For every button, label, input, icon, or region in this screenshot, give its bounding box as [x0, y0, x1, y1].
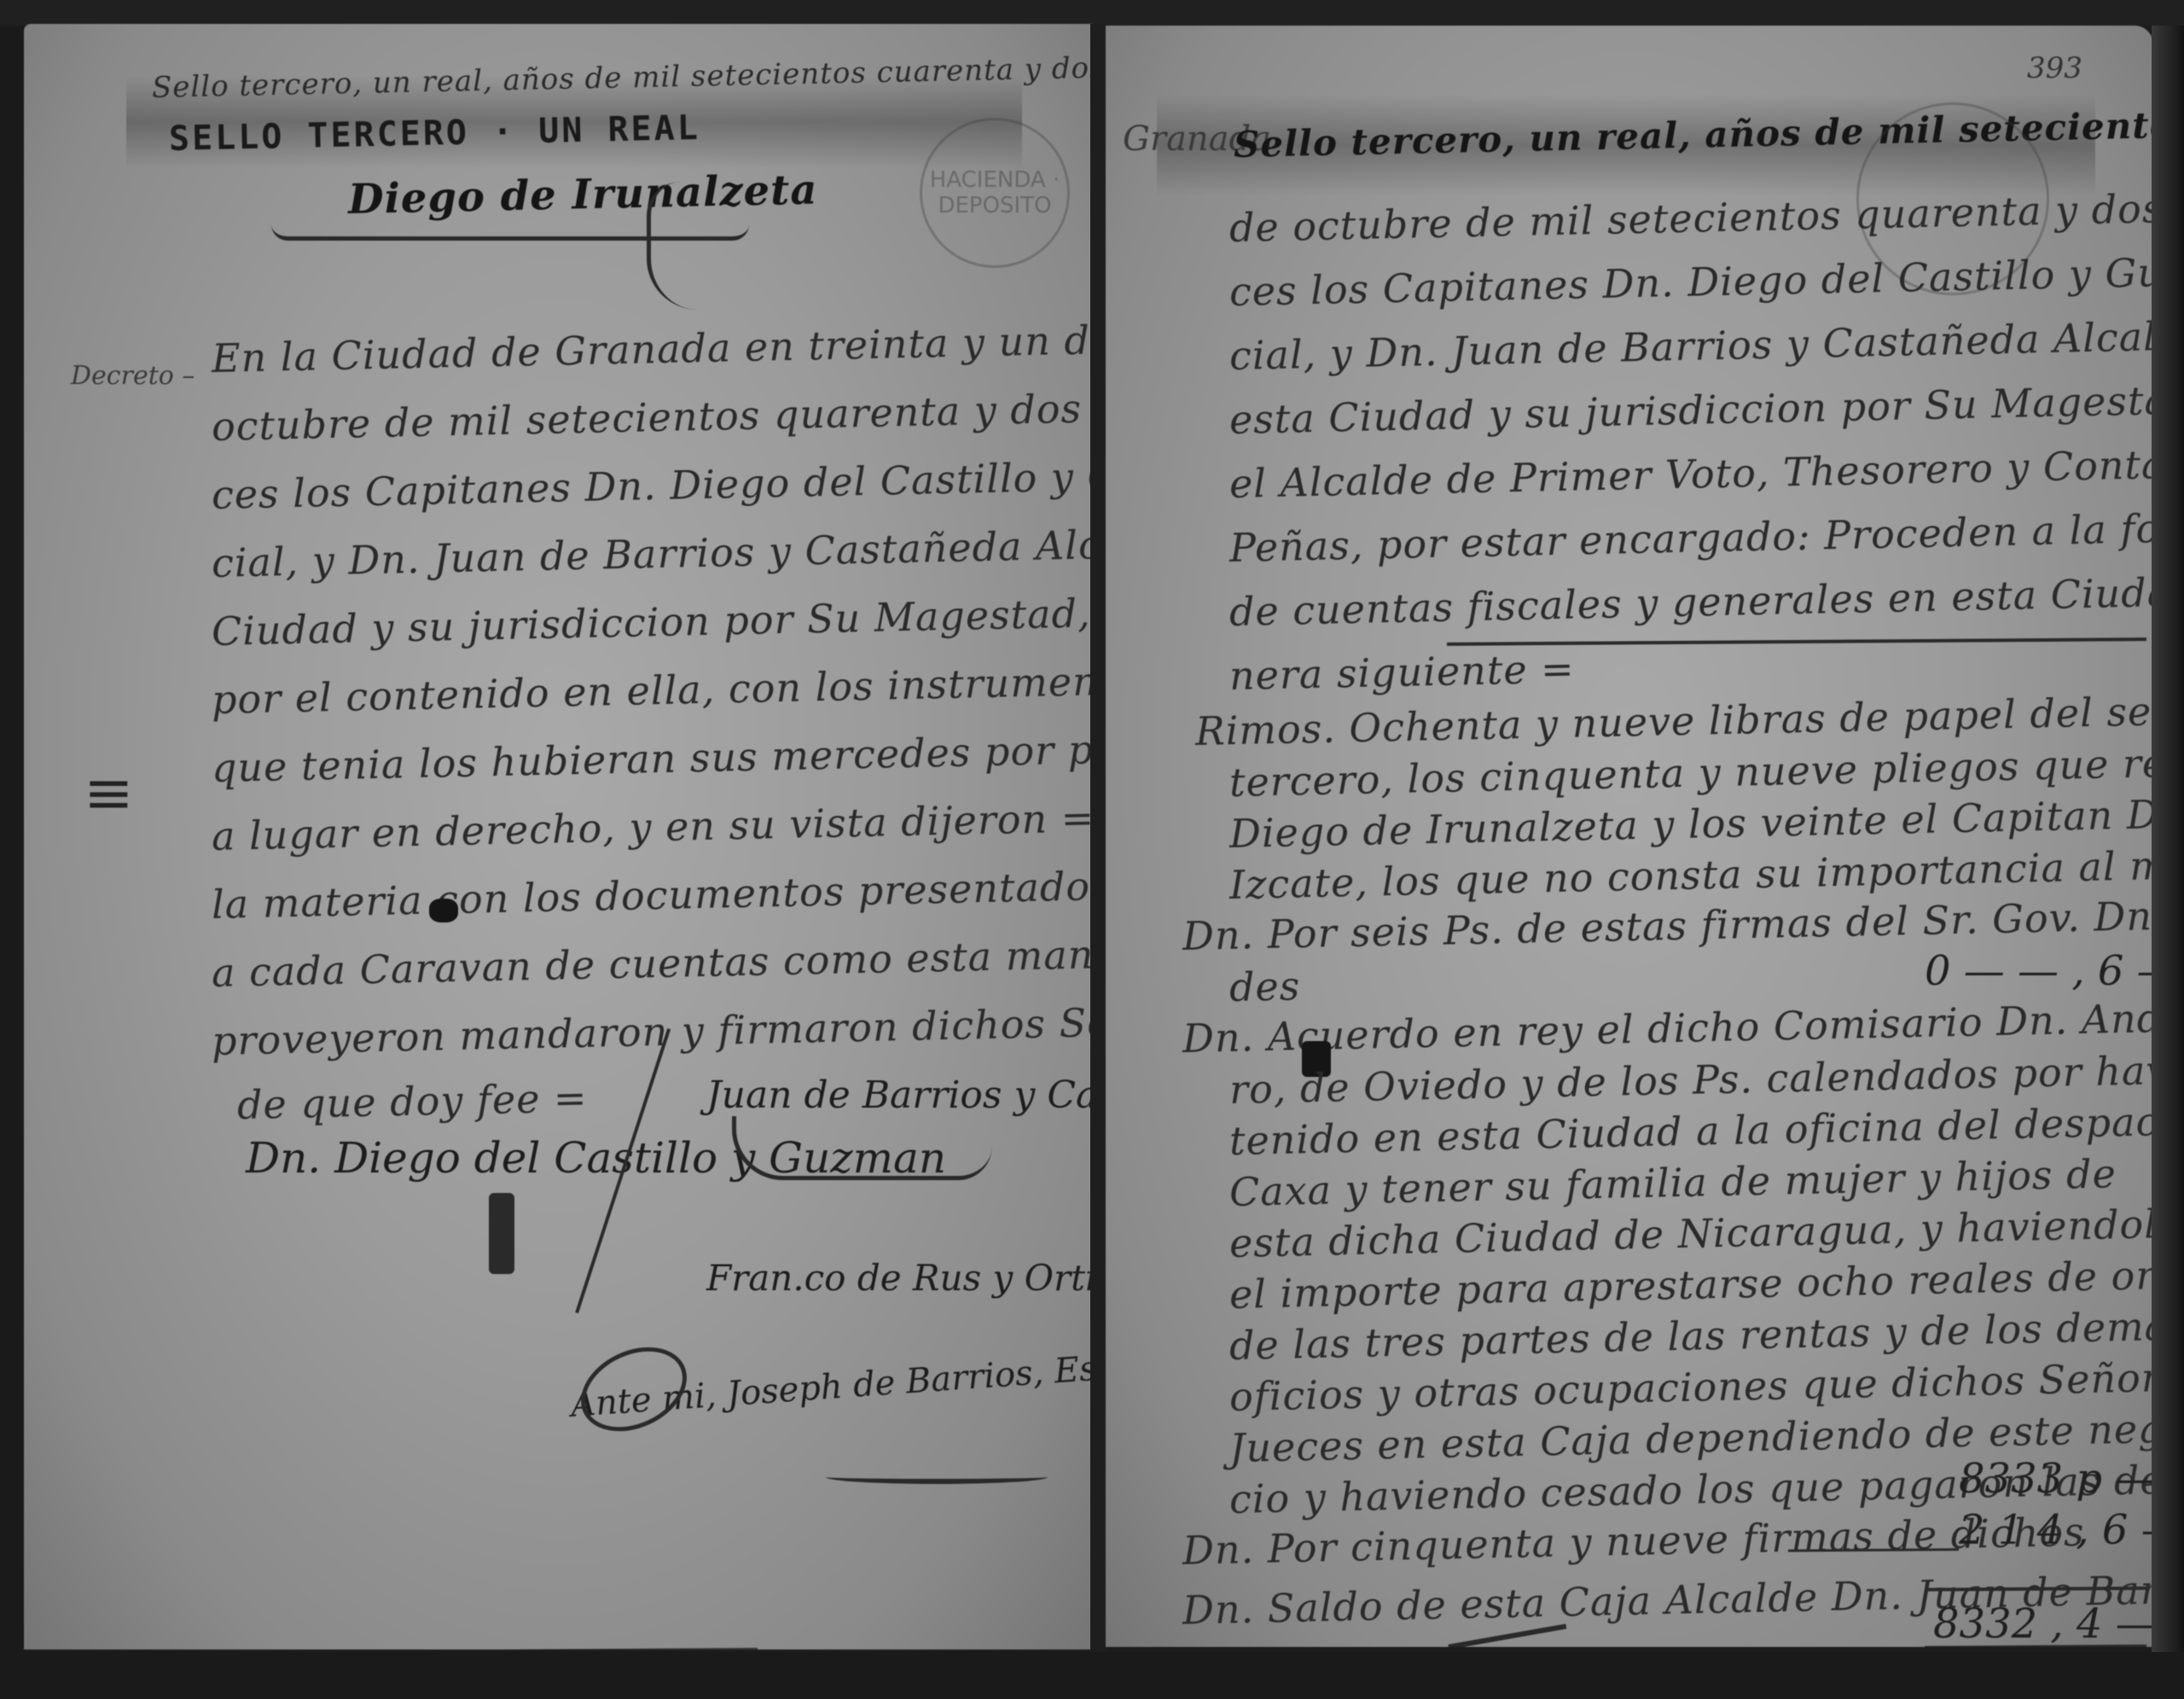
folio-number: 393	[2027, 51, 2082, 85]
rubric-mark	[489, 1193, 514, 1274]
book-spine	[1090, 24, 1107, 1662]
right-page: 393 Granada Sello tercero, un real, años…	[1106, 26, 2153, 1647]
film-border-right	[2152, 26, 2184, 1664]
signature-flourish	[732, 1116, 992, 1180]
left-page: Sello tercero, un real, años de mil sete…	[24, 24, 1092, 1650]
body-line: En la Ciudad de Granada en treinta y un …	[211, 311, 1092, 381]
total-amount: 8332 , 4 —	[1933, 1600, 2153, 1647]
body-line: a cada Caravan de cuentas como esta mand…	[211, 927, 1092, 996]
body-line: el Alcalde de Primer Voto, Thesorero y C…	[1228, 429, 2153, 507]
section-rule	[1447, 637, 2146, 646]
body-line: de cuentas fiscales y generales en esta …	[1228, 564, 2153, 635]
film-border-left	[0, 26, 26, 1664]
body-line: esta Ciudad y su jurisdiccion por Su Mag…	[1228, 369, 2153, 443]
margin-note-decreto: Decreto –	[71, 361, 195, 391]
body-line: de que doy fee =	[236, 1074, 588, 1128]
margin-mark: ≡	[84, 758, 134, 828]
body-line: cial, y Dn. Juan de Barrios y Castañeda …	[1228, 306, 2153, 379]
heading-name: Diego de Irunalzeta	[347, 166, 818, 224]
signature-barrios: Juan de Barrios y Castañeda	[706, 1074, 1092, 1117]
signature-rus: Fran.co de Rus y Ortiz	[706, 1257, 1092, 1299]
film-border-top	[0, 0, 2184, 26]
body-line: que tenia los hubieran sus mercedes por …	[211, 717, 1092, 791]
entry-amount: 8333 p — —	[1959, 1455, 2153, 1503]
body-line: Ciudad y su jurisdiccion por Su Magestad…	[211, 578, 1092, 655]
body-line: octubre de mil setecientos quarenta y do…	[211, 375, 1092, 450]
notary-flourish-loop	[567, 1331, 700, 1448]
body-line: por el contenido en ella, con los instru…	[211, 653, 1092, 723]
film-border-bottom	[0, 1652, 2184, 1699]
entry-amount: 0 — — , 6 —	[1925, 947, 2153, 995]
heading-flourish-loop	[647, 182, 702, 310]
body-line: a lugar en derecho, y en su vista dijero…	[211, 783, 1092, 859]
body-line: proveyeron mandaron y firmaron dichos Se…	[211, 993, 1092, 1064]
entry-amount: 2 1 4 , 6 —	[1959, 1506, 2153, 1554]
body-line: nera siguiente =	[1228, 646, 1575, 699]
ink-blot	[429, 899, 458, 922]
body-line: ces los Capitanes Dn. Diego del Castillo…	[1228, 243, 2153, 315]
entry-line: des	[1228, 963, 1300, 1010]
body-line: ces los Capitanes Dn. Diego del Castillo…	[211, 446, 1092, 518]
bottom-rule	[246, 1648, 758, 1650]
body-line: Peñas, por estar encargado: Proceden a l…	[1228, 502, 2153, 571]
seal-stamp: HACIENDA · DEPOSITO	[920, 118, 1070, 268]
body-line: la materia con los documentos presentado…	[211, 859, 1092, 928]
body-line: cial, y Dn. Juan de Barrios y Castañeda …	[211, 512, 1092, 586]
notary-underline	[826, 1470, 1048, 1484]
